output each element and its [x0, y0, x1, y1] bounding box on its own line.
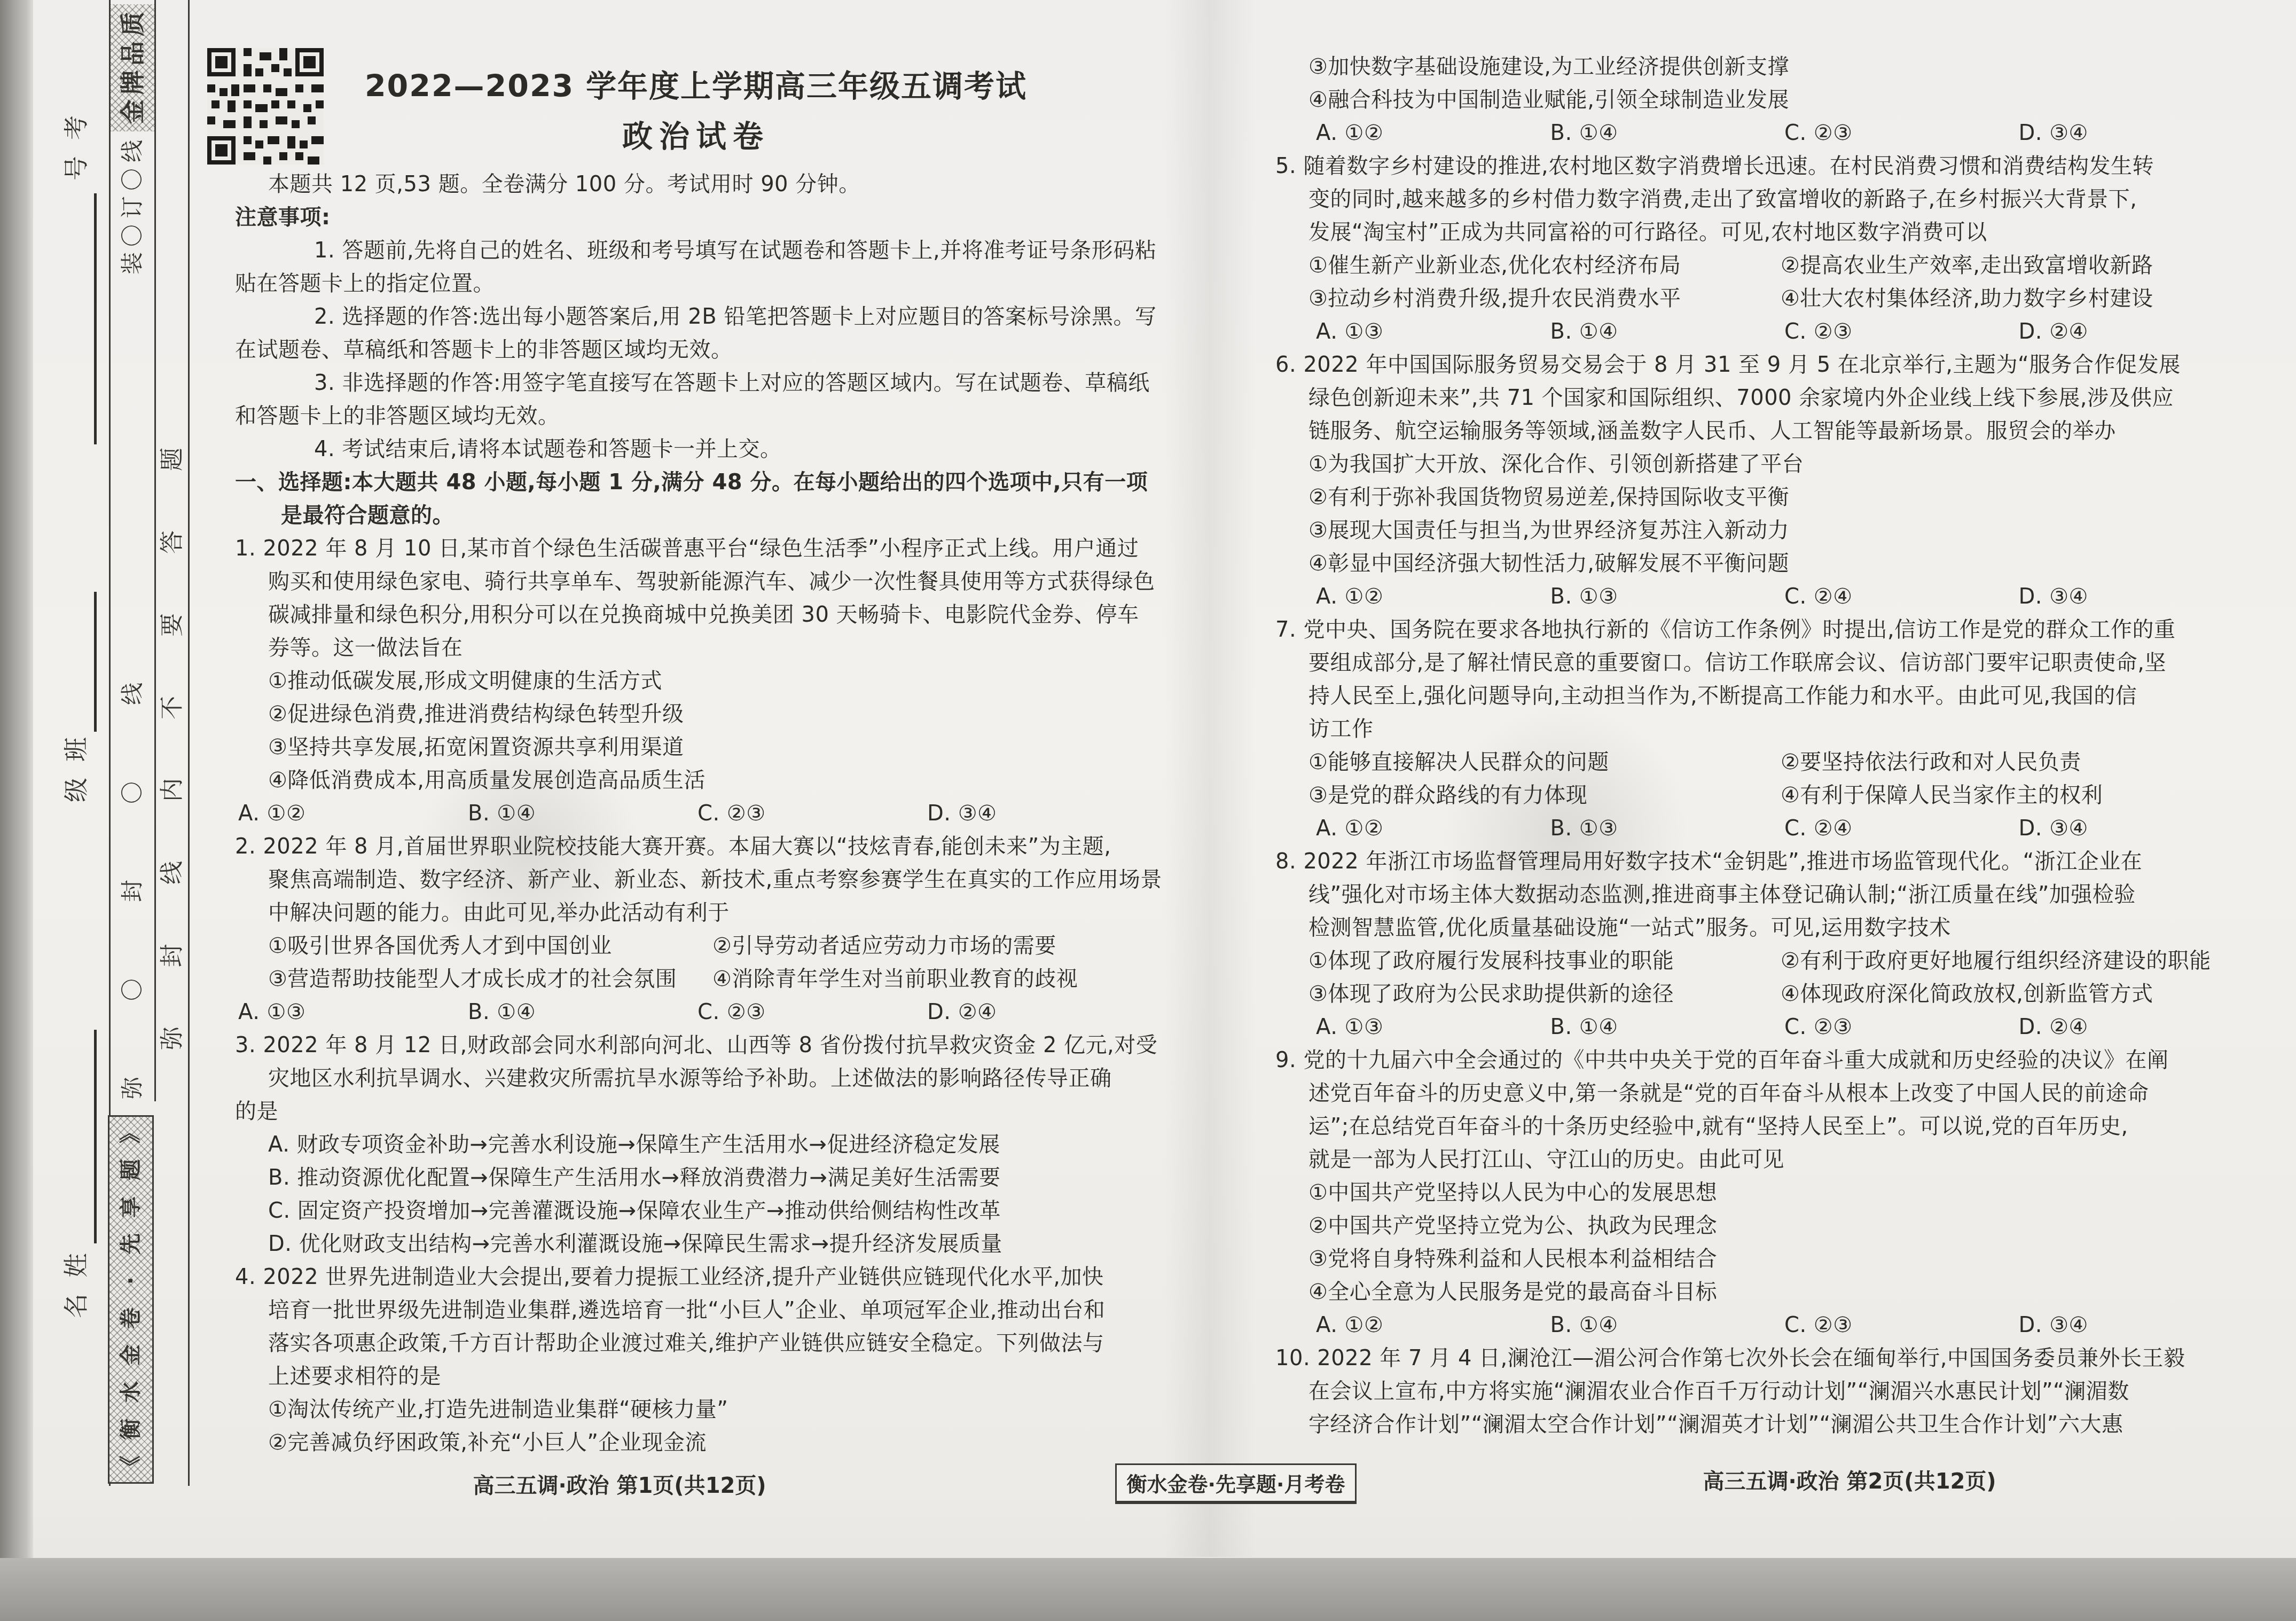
text-line: 10. 2022 年 7 月 4 日,澜沧江—湄公河合作第七次外长会在缅甸举行,… — [1275, 1342, 2253, 1375]
text-line: 本题共 12 页,53 题。全卷满分 100 分。考试用时 90 分钟。 — [235, 168, 1157, 201]
answer-choice: C. ②③ — [1784, 315, 2019, 348]
vertical-char: 卷 — [120, 1307, 142, 1329]
vertical-char: 封 — [161, 944, 184, 967]
vertical-char: 装 — [121, 252, 144, 275]
text-line: 购买和使用绿色家电、骑行共享单车、驾驶新能源汽车、减少一次性餐具使用等方式获得绿… — [235, 565, 1157, 598]
answer-choice: B. ①④ — [1550, 116, 1785, 150]
text-line: B. 推动资源优化配置→保障生产生活用水→释放消费潜力→满足美好生活需要 — [235, 1161, 1157, 1194]
text-line: 就是一部为人民打江山、守江山的历史。由此可见 — [1275, 1143, 2253, 1176]
answer-choice: A. ①② — [1316, 812, 1550, 845]
class-label: 班级 — [60, 737, 92, 802]
vertical-char: 订 — [121, 196, 144, 218]
answer-choice: C. ②③ — [1784, 116, 2019, 150]
left-page-body: 本题共 12 页,53 题。全卷满分 100 分。考试用时 90 分钟。注意事项… — [235, 168, 1157, 1459]
answer-choice: A. ①② — [238, 797, 468, 830]
text-line: 字经济合作计划”“澜湄太空合作计划”“澜湄英才计划”“澜湄公共卫生合作计划”六大… — [1275, 1408, 2253, 1441]
right-page: ③加快数字基础设施建设,为工业经济提供创新支撑④融合科技为中国制造业赋能,引领全… — [1275, 0, 2253, 1557]
answer-choice: A. ①③ — [1316, 315, 1550, 348]
option-item: ③拉动乡村消费升级,提升农民消费水平 — [1308, 282, 1781, 315]
text-line: 9. 党的十九届六中全会通过的《中共中央关于党的百年奋斗重大成就和历史经验的决议… — [1275, 1044, 2253, 1077]
text-line: ①为我国扩大开放、深化合作、引领创新搭建了平台 — [1275, 448, 2253, 481]
answer-choice: C. ②③ — [1784, 1011, 2019, 1044]
left-page-footer: 高三五调·政治 第1页(共12页) — [417, 1469, 822, 1499]
text-line: ④彰显中国经济强大韧性活力,破解发展不平衡问题 — [1275, 547, 2253, 580]
answer-choice: D. ③④ — [927, 797, 1157, 830]
vertical-char: 〇 — [121, 168, 144, 190]
option-item: ②要坚持依法行政和对人民负责 — [1781, 746, 2253, 779]
text-line: 3. 非选择题的作答:用签字笔直接写在答题卡上对应的答题区域内。写在试题卷、草稿… — [235, 366, 1157, 400]
text-line: A. ①③B. ①④C. ②③D. ②④ — [235, 996, 1157, 1029]
option-item: ①能够直接解决人民群众的问题 — [1308, 746, 1781, 779]
text-line: 4. 考试结束后,请将本试题卷和答题卡一并上交。 — [235, 433, 1157, 466]
text-line: ②中国共产党坚持立党为公、执政为民理念 — [1275, 1209, 2253, 1242]
text-line: ②完善减负纾困政策,补充“小巨人”企业现金流 — [235, 1426, 1157, 1459]
answer-choice: A. ①③ — [238, 996, 468, 1029]
vertical-char: 封 — [121, 880, 144, 902]
answer-choice: B. ①④ — [468, 797, 698, 830]
text-line: 5. 随着数字乡村建设的推进,农村地区数字消费增长迅速。在村民消费习惯和消费结构… — [1275, 150, 2253, 183]
answer-choice: B. ①④ — [468, 996, 698, 1029]
text-line: A. ①②B. ①④C. ②③D. ③④ — [235, 797, 1157, 830]
answer-choice: B. ①④ — [1550, 315, 1785, 348]
text-line: ④融合科技为中国制造业赋能,引领全球制造业发展 — [1275, 83, 2253, 116]
text-line: A. ①②B. ①④C. ②③D. ③④ — [1275, 1309, 2253, 1342]
text-line: 券等。这一做法旨在 — [235, 631, 1157, 664]
class-blank-line — [94, 592, 97, 732]
vertical-char: 金 — [120, 99, 145, 124]
name-blank-line — [94, 1030, 97, 1243]
text-line: 运”;在总结党百年奋斗的十条历史经验中,就有“坚持人民至上”。可以说,党的百年历… — [1275, 1110, 2253, 1143]
text-line: 要组成部分,是了解社情民意的重要窗口。信访工作联席会议、信访部门要牢记职责使命,… — [1275, 646, 2253, 679]
text-line: 4. 2022 世界先进制造业大会提出,要着力提振工业经济,提升产业链供应链现代… — [235, 1260, 1157, 1294]
text-line: ①淘汰传统产业,打造先进制造业集群“硬核力量” — [235, 1393, 1157, 1426]
spine-brand-footer: 衡水金卷·先享题·月考卷 — [1115, 1463, 1357, 1504]
brand-title-text: 》题享先·卷金水衡《 — [109, 1117, 152, 1482]
text-line: A. ①②B. ①④C. ②③D. ③④ — [1275, 116, 2253, 150]
name-label: 姓名 — [60, 1253, 92, 1318]
text-line: D. 优化财政支出结构→完善水利灌溉设施→保障民生需求→提升经济发展质量 — [235, 1227, 1157, 1260]
text-line: 培育一批世界级先进制造业集群,遴选培育一批“小巨人”企业、单项冠军企业,推动出台… — [235, 1294, 1157, 1327]
answer-choice: D. ③④ — [2019, 812, 2253, 845]
answer-choice: A. ①② — [1316, 580, 1550, 613]
text-line: 述党百年奋斗的历史意义中,第一条就是“党的百年奋斗从根本上改变了中国人民的前途命 — [1275, 1077, 2253, 1110]
text-line: ①催生新产业新业态,优化农村经济布局②提高农业生产效率,走出致富增收新路 — [1275, 249, 2253, 282]
answer-choice: C. ②③ — [698, 797, 927, 830]
text-line: 落实各项惠企政策,千方百计帮助企业渡过难关,维护产业链供应链安全稳定。下列做法与 — [235, 1327, 1157, 1360]
vertical-char: · — [120, 1277, 142, 1285]
vertical-char: 弥 — [121, 1077, 144, 1099]
brand-title-box: 》题享先·卷金水衡《 — [108, 1115, 154, 1484]
text-line: 2. 选择题的作答:选出每小题答案后,用 2B 铅笔把答题卡上对应题目的答案标号… — [235, 300, 1157, 333]
vertical-char: 金 — [120, 1344, 142, 1366]
option-item: ③是党的群众路线的有力体现 — [1308, 779, 1781, 812]
text-line: 的是 — [235, 1095, 1157, 1128]
vertical-char: 题 — [161, 448, 184, 471]
text-line: 变的同时,越来越多的乡村借力数字消费,走出了致富增收的新路子,在乡村振兴大背景下… — [1275, 183, 2253, 216]
answer-choice: A. ①② — [1316, 116, 1550, 150]
answer-choice: A. ①③ — [1316, 1011, 1550, 1044]
text-line: 和答题卡上的非答题区域均无效。 — [235, 400, 1157, 433]
text-line: 上述要求相符的是 — [235, 1360, 1157, 1393]
vertical-char: 〇 — [121, 781, 144, 803]
text-line: 灾地区水利抗旱调水、兴建救灾所需抗旱水源等给予补助。上述做法的影响路径传导正确 — [235, 1062, 1157, 1095]
answer-choice: D. ③④ — [2019, 580, 2253, 613]
right-page-footer: 高三五调·政治 第2页(共12页) — [1692, 1465, 2007, 1495]
text-line: A. ①③B. ①④C. ②③D. ②④ — [1275, 315, 2253, 348]
quality-band: 质品牌金 — [111, 4, 154, 131]
option-item: ③营造帮助技能型人才成长成才的社会氛围 — [268, 962, 712, 996]
text-line: 链服务、航空运输服务等领域,涵盖数字人民币、人工智能等最新场景。服贸会的举办 — [1275, 414, 2253, 448]
text-line: 在试题卷、草稿纸和答题卡上的非答题区域均无效。 — [235, 333, 1157, 366]
text-line: 3. 2022 年 8 月 12 日,财政部会同水利部向河北、山西等 8 省份拨… — [235, 1029, 1157, 1062]
text-line: 持人民至上,强化问题导向,主动担当作为,不断提高工作能力和水平。由此可见,我国的… — [1275, 679, 2253, 712]
text-line: ③坚持共享发展,拓宽闲置资源共享利用渠道 — [235, 731, 1157, 764]
option-item: ②提高农业生产效率,走出致富增收新路 — [1781, 249, 2253, 282]
text-line: 在会议上宣布,中方将实施“澜湄农业合作百千万行动计划”“澜湄兴水惠民计划”“澜湄… — [1275, 1375, 2253, 1408]
vertical-char: 品 — [120, 41, 145, 66]
text-line: ①吸引世界各国优秀人才到中国创业②引导劳动者适应劳动力市场的需要 — [235, 929, 1157, 962]
vertical-char: 线 — [121, 683, 144, 705]
option-item: ①催生新产业新业态,优化农村经济布局 — [1308, 249, 1781, 282]
answer-choice: D. ③④ — [2019, 1309, 2253, 1342]
text-line: ②有利于弥补我国货物贸易逆差,保持国际收支平衡 — [1275, 481, 2253, 514]
text-line: A. 财政专项资金补助→完善水利设施→保障生产生活用水→促进经济稳定发展 — [235, 1128, 1157, 1161]
vertical-char: 题 — [120, 1159, 142, 1180]
vertical-char: 〇 — [121, 978, 144, 1000]
vertical-char: 要 — [161, 613, 184, 637]
vertical-char: 号 — [64, 156, 88, 181]
text-line: ③加快数字基础设施建设,为工业经济提供创新支撑 — [1275, 50, 2253, 83]
text-line: 发展“淘宝村”正成为共同富裕的可行路径。可见,农村地区数字消费可以 — [1275, 216, 2253, 249]
text-line: ③是党的群众路线的有力体现④有利于保障人民当家作主的权利 — [1275, 779, 2253, 812]
text-line: 绿色创新迎未来”,共 71 个国家和国际组织、7000 余家境内外企业线上线下参… — [1275, 381, 2253, 414]
exam-number-label: 考号 — [60, 115, 92, 181]
right-page-body: ③加快数字基础设施建设,为工业经济提供创新支撑④融合科技为中国制造业赋能,引领全… — [1275, 50, 2253, 1441]
answer-choice: C. ②④ — [1784, 580, 2019, 613]
option-item: ④体现政府深化简政放权,创新监管方式 — [1781, 977, 2253, 1011]
seal-line-text: 线〇封〇弥 — [111, 683, 154, 1099]
binding-line-text: 线〇订〇装 — [111, 140, 154, 275]
scanner-bed — [0, 1558, 2296, 1621]
text-line: 8. 2022 年浙江市场监督管理局用好数字技术“金钥匙”,推进市场监管现代化。… — [1275, 845, 2253, 878]
option-item: ④消除青年学生对当前职业教育的歧视 — [712, 962, 1157, 996]
answer-choice: D. ③④ — [2019, 116, 2253, 150]
text-line: A. ①②B. ①③C. ②④D. ③④ — [1275, 580, 2253, 613]
text-line: C. 固定资产投资增加→完善灌溉设施→保障农业生产→推动供给侧结构性改革 — [235, 1194, 1157, 1227]
vertical-char: 姓 — [64, 1253, 88, 1278]
binding-rule-middle — [154, 0, 156, 1101]
option-item: ①吸引世界各国优秀人才到中国创业 — [268, 929, 712, 962]
answer-choice: A. ①② — [1316, 1309, 1550, 1342]
text-line: ③党将自身特殊利益和人民根本利益相结合 — [1275, 1242, 2253, 1275]
text-line: 1. 2022 年 8 月 10 日,某市首个绿色生活碳普惠平台“绿色生活季”小… — [235, 532, 1157, 565]
text-line: ①体现了政府履行发展科技事业的职能②有利于政府更好地履行组织经济建设的职能 — [1275, 944, 2253, 977]
answer-choice: B. ①③ — [1550, 812, 1785, 845]
subject-title: 政治试卷 — [235, 112, 1157, 156]
text-line: ③拉动乡村消费升级,提升农民消费水平④壮大农村集体经济,助力数字乡村建设 — [1275, 282, 2253, 315]
text-line: 注意事项: — [235, 201, 1157, 234]
exam-number-blank-line — [94, 193, 97, 444]
page-gutter-shadow — [1164, 0, 1255, 1557]
text-line: ②促进绿色消费,推进消费结构绿色转型升级 — [235, 698, 1157, 731]
answer-choice: C. ②③ — [1784, 1309, 2019, 1342]
text-line: 7. 党中央、国务院在要求各地执行新的《信访工作条例》时提出,信访工作是党的群众… — [1275, 613, 2253, 646]
text-line: 检测智慧监管,优化质量基础设施“一站式”服务。可见,运用数字技术 — [1275, 911, 2253, 944]
scan-book-edge — [0, 0, 33, 1621]
vertical-char: 不 — [161, 696, 184, 719]
text-line: 是最符合题意的。 — [235, 499, 1157, 532]
text-line: 一、选择题:本大题共 48 小题,每小题 1 分,满分 48 分。在每小题给出的… — [235, 466, 1157, 499]
text-line: A. ①③B. ①④C. ②③D. ②④ — [1275, 1011, 2253, 1044]
exam-title: 2022—2023 学年度上学期高三年级五调考试 — [235, 62, 1157, 106]
text-line: 1. 答题前,先将自己的姓名、班级和考号填写在试题卷和答题卡上,并将准考证号条形… — [235, 234, 1157, 267]
answer-choice: B. ①④ — [1550, 1309, 1785, 1342]
vertical-char: 享 — [120, 1196, 142, 1218]
answer-choice: B. ①④ — [1550, 1011, 1785, 1044]
text-line: 2. 2022 年 8 月,首届世界职业院校技能大赛开赛。本届大赛以“技炫青春,… — [235, 830, 1157, 863]
text-line: ④全心全意为人民服务是党的最高奋斗目标 — [1275, 1275, 2253, 1309]
vertical-char: 级 — [64, 778, 88, 802]
text-line: ①中国共产党坚持以人民为中心的发展思想 — [1275, 1176, 2253, 1209]
answer-choice: B. ①③ — [1550, 580, 1785, 613]
vertical-char: 《 — [120, 1455, 142, 1477]
vertical-char: 班 — [64, 737, 88, 762]
text-line: 线”强化对市场主体大数据动态监测,推进商事主体登记确认制;“浙江质量在线”加强检… — [1275, 878, 2253, 911]
text-line: ①能够直接解决人民群众的问题②要坚持依法行政和对人民负责 — [1275, 746, 2253, 779]
binding-rule-right — [188, 0, 190, 1486]
vertical-char: 〇 — [121, 224, 144, 246]
vertical-char: 答 — [161, 530, 184, 554]
answer-choice: D. ②④ — [927, 996, 1157, 1029]
vertical-char: 牌 — [120, 70, 145, 95]
answer-choice: D. ②④ — [2019, 1011, 2253, 1044]
vertical-char: 线 — [161, 861, 184, 884]
answer-choice: C. ②③ — [698, 996, 927, 1029]
answer-choice: C. ②④ — [1784, 812, 2019, 845]
no-answer-warning-text: 题答要不内线封弥 — [157, 448, 188, 1050]
text-line: A. ①②B. ①③C. ②④D. ③④ — [1275, 812, 2253, 845]
vertical-char: 考 — [64, 115, 88, 140]
text-line: 访工作 — [1275, 712, 2253, 746]
text-line: 中解决问题的能力。由此可见,举办此活动有利于 — [235, 896, 1157, 929]
option-item: ④有利于保障人民当家作主的权利 — [1781, 779, 2253, 812]
vertical-char: 先 — [120, 1233, 142, 1255]
vertical-char: 名 — [64, 1294, 88, 1318]
option-item: ②有利于政府更好地履行组织经济建设的职能 — [1781, 944, 2253, 977]
vertical-char: 弥 — [161, 1027, 184, 1050]
option-item: ③体现了政府为公民求助提供新的途径 — [1308, 977, 1781, 1011]
text-line: ③营造帮助技能型人才成长成才的社会氛围④消除青年学生对当前职业教育的歧视 — [235, 962, 1157, 996]
answer-choice: D. ②④ — [2019, 315, 2253, 348]
text-line: ③展现大国责任与担当,为世界经济复苏注入新动力 — [1275, 514, 2253, 547]
option-item: ①体现了政府履行发展科技事业的职能 — [1308, 944, 1781, 977]
vertical-char: 线 — [121, 140, 144, 162]
vertical-char: 衡 — [120, 1419, 142, 1440]
scanned-exam-paper: { "colors": { "paper": "#f1efec", "ink":… — [0, 0, 2296, 1621]
text-line: ③体现了政府为公民求助提供新的途径④体现政府深化简政放权,创新监管方式 — [1275, 977, 2253, 1011]
left-page: 2022—2023 学年度上学期高三年级五调考试 政治试卷 本题共 12 页,5… — [235, 0, 1157, 1557]
text-line: ①推动低碳发展,形成文明健康的生活方式 — [235, 664, 1157, 698]
text-line: ④降低消费成本,用高质量发展创造高品质生活 — [235, 764, 1157, 797]
text-line: 聚焦高端制造、数字经济、新产业、新业态、新技术,重点考察参赛学生在真实的工作应用… — [235, 863, 1157, 896]
vertical-char: 质 — [120, 12, 145, 36]
option-item: ②引导劳动者适应劳动力市场的需要 — [712, 929, 1157, 962]
text-line: 贴在答题卡上的指定位置。 — [235, 267, 1157, 300]
vertical-char: 内 — [161, 778, 184, 802]
vertical-char: 》 — [120, 1122, 142, 1144]
option-item: ④壮大农村集体经济,助力数字乡村建设 — [1781, 282, 2253, 315]
text-line: 6. 2022 年中国国际服务贸易交易会于 8 月 31 至 9 月 5 在北京… — [1275, 348, 2253, 381]
vertical-char: 水 — [120, 1381, 142, 1403]
text-line: 碳减排量和绿色积分,用积分可以在兑换商城中兑换美团 30 天畅骑卡、电影院代金券… — [235, 598, 1157, 631]
